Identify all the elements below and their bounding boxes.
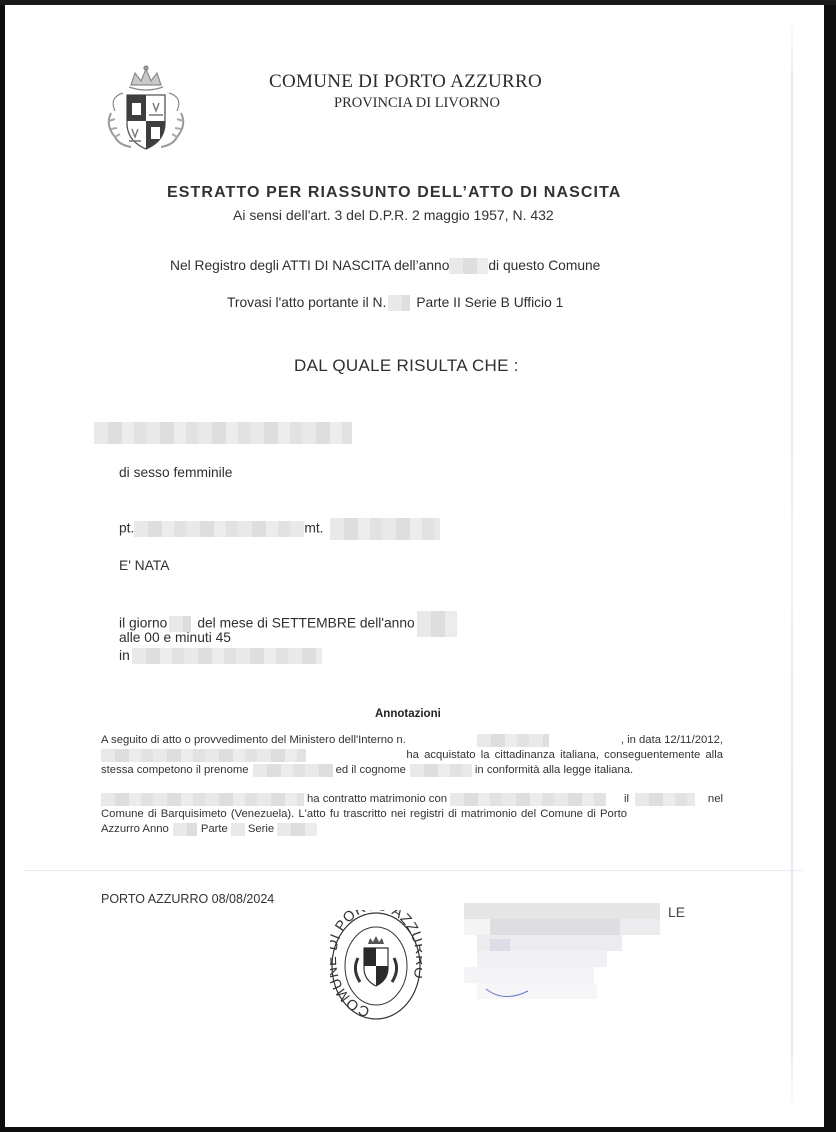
annotation-1-line-1: A seguito di atto o provvedimento del Mi… <box>101 733 723 748</box>
redacted-year <box>449 258 488 274</box>
parents-line: pt.mt. <box>119 518 440 540</box>
registry-prefix: Nel Registro degli ATTI DI NASCITA dell’… <box>170 258 449 273</box>
municipal-seal-icon: COMUNE DI PORTO AZZURRO <box>330 910 422 1022</box>
annotation-2-line-3: Azzurro Anno Parte Serie <box>101 822 723 837</box>
separator-line <box>23 870 803 871</box>
text: il <box>624 792 629 807</box>
results-heading: DAL QUALE RISULTA CHE : <box>294 356 519 376</box>
redacted-decree-number <box>477 734 549 747</box>
act-suffix: Parte II Serie B Ufficio 1 <box>416 295 563 310</box>
registry-line: Nel Registro degli ATTI DI NASCITA dell’… <box>170 258 600 274</box>
text: ha contratto matrimonio con <box>307 792 447 807</box>
redacted-person-name <box>101 749 306 762</box>
act-prefix: Trovasi l'atto portante il N. <box>227 295 386 310</box>
text: , in data 12/11/2012, <box>621 733 723 748</box>
annotation-2-line-2: Comune di Barquisimeto (Venezuela). L'at… <box>101 807 723 822</box>
month-text: del mese di SETTEMBRE dell'anno <box>197 616 414 631</box>
scan-edge-line <box>791 17 793 1112</box>
mother-label: mt. <box>304 521 323 536</box>
birth-time-line: alle 00 e minuti 45 <box>119 630 231 645</box>
annotation-paragraph-1: A seguito di atto o provvedimento del Mi… <box>101 733 723 778</box>
place-date: PORTO AZZURRO 08/08/2024 <box>101 892 274 906</box>
father-label: pt. <box>119 521 134 536</box>
redacted-person-name <box>94 422 352 444</box>
redacted-year <box>173 823 197 836</box>
redacted-surname <box>410 764 472 777</box>
redacted-first-name <box>253 764 333 777</box>
text: nel <box>708 792 723 807</box>
text: Azzurro Anno <box>101 822 169 837</box>
day-prefix: il giorno <box>119 616 167 631</box>
annotation-1-line-3: stessa competono il prenome ed il cognom… <box>101 763 723 778</box>
redacted-father <box>134 521 304 537</box>
annotation-2-line-1: ha contratto matrimonio con il nel <box>101 792 723 807</box>
annotation-1-line-2: ha acquistato la cittadinanza italiana, … <box>101 748 723 763</box>
annotation-paragraph-2: ha contratto matrimonio con il nel Comun… <box>101 792 723 837</box>
birth-place-line: in <box>119 648 322 664</box>
document-subtitle: Ai sensi dell'art. 3 del D.P.R. 2 maggio… <box>233 207 554 223</box>
coat-of-arms-icon <box>101 63 191 155</box>
redacted-part <box>231 823 245 836</box>
redacted-mother <box>330 518 440 540</box>
text: ha acquistato la cittadinanza italiana, … <box>406 748 723 763</box>
redacted-marriage-date <box>635 793 695 806</box>
text: Comune di Barquisimeto (Venezuela). L'at… <box>101 807 627 822</box>
annotations-title: Annotazioni <box>375 708 441 720</box>
redacted-place <box>132 648 322 664</box>
redacted-series <box>277 823 317 836</box>
document-title: ESTRATTO PER RIASSUNTO DELL’ATTO DI NASC… <box>167 184 621 202</box>
act-number-line: Trovasi l'atto portante il N.Parte II Se… <box>227 295 563 311</box>
text: stessa competono il prenome <box>101 763 249 778</box>
municipality-title: COMUNE DI PORTO AZZURRO <box>269 71 542 93</box>
text: in conformità alla legge italiana. <box>475 763 633 778</box>
born-label: E' NATA <box>119 558 169 573</box>
text: Parte <box>201 822 228 837</box>
text: ed il cognome <box>336 763 406 778</box>
redacted-act-number <box>388 295 410 311</box>
redacted-spouse-name <box>450 793 606 806</box>
redacted-birth-year <box>417 611 457 637</box>
registry-suffix: di questo Comune <box>488 258 600 273</box>
text: A seguito di atto o provvedimento del Mi… <box>101 733 406 748</box>
signatory-title-suffix: LE <box>668 904 685 920</box>
document-page: COMUNE DI PORTO AZZURRO PROVINCIA DI LIV… <box>5 5 824 1127</box>
sex-line: di sesso femminile <box>119 465 232 480</box>
redacted-person-name <box>101 793 304 806</box>
province-subtitle: PROVINCIA DI LIVORNO <box>334 95 500 112</box>
place-prefix: in <box>119 648 130 663</box>
signature-stroke <box>484 987 544 1001</box>
text: Serie <box>248 822 274 837</box>
